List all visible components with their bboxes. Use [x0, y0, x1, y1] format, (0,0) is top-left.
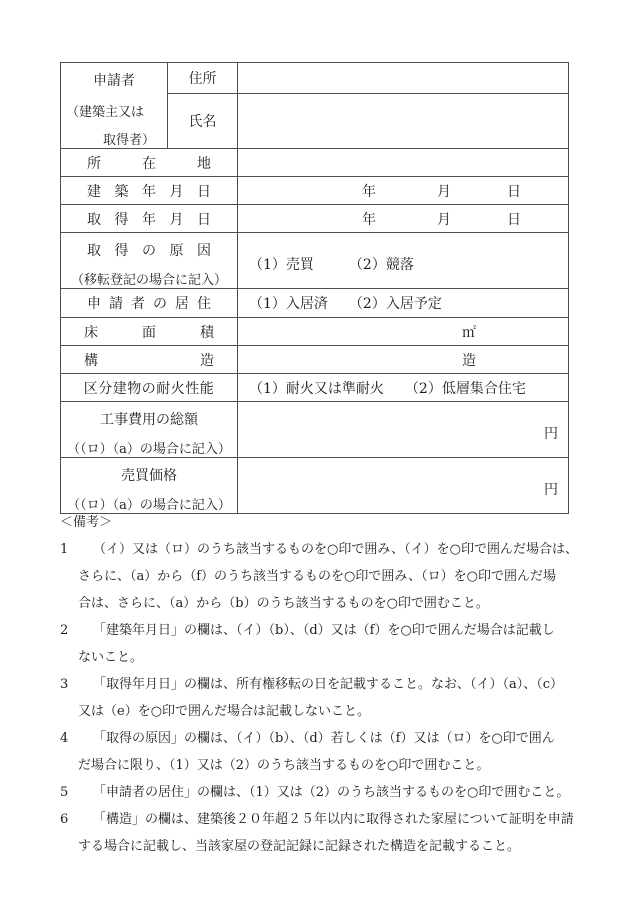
fireproof-value-cell: （1）耐火又は準耐火 （2）低層集合住宅	[238, 374, 569, 402]
day-unit: 日	[507, 181, 521, 201]
remark-number: 1	[60, 536, 68, 563]
address-label: 住所	[168, 63, 238, 94]
applicant-subtitle-line2: 取得者）	[61, 129, 167, 148]
remark-item-4: 4 「取得の原因」の欄は、（イ）（b）、（d）若しくは（f）又は（ロ）を○印で囲…	[60, 725, 588, 779]
acquire-date-ymd: 年 月 日	[238, 209, 568, 229]
row-sale-price: 売買価格 （（ロ）（a）の場合に記入） 円	[61, 458, 569, 514]
remark-line: 「建築年月日」の欄は、（イ）（b）、（d）又は（f）を○印で囲んだ場合は記載し	[78, 617, 588, 644]
build-date-label: 建築年月日	[61, 181, 237, 201]
remark-line: さらに、（a）から（f）のうち該当するものを○印で囲み、（ロ）を○印で囲んだ場	[78, 563, 588, 590]
structure-value-cell: 造	[238, 346, 569, 374]
remark-item-1: 1 （イ）又は（ロ）のうち該当するものを○印で囲み、（イ）を○印で囲んだ場合は、…	[60, 536, 588, 617]
location-label: 所在地	[61, 153, 237, 173]
remark-line: 合は、さらに、（a）から（b）のうち該当するものを○印で囲むこと。	[78, 590, 588, 617]
name-value-cell	[238, 94, 569, 149]
acquire-date-value-cell: 年 月 日	[238, 205, 569, 233]
acquire-cause-value-cell: （1）売買 （2）競落	[238, 233, 569, 289]
floor-area-label: 床面積	[61, 322, 237, 342]
remark-item-6: 6 「構造」の欄は、建築後２０年超２５年以内に取得された家屋について証明を申請 …	[60, 806, 588, 860]
row-applicant-address: 申請者 （建築主又は 取得者） 住所	[61, 63, 569, 94]
sale-price-unit: 円	[238, 479, 568, 499]
remark-line: （イ）又は（ロ）のうち該当するものを○印で囲み、（イ）を○印で囲んだ場合は、	[78, 536, 588, 563]
remark-body: （イ）又は（ロ）のうち該当するものを○印で囲み、（イ）を○印で囲んだ場合は、 さ…	[78, 536, 588, 617]
row-location: 所在地	[61, 149, 569, 177]
construction-cost-note: （（ロ）（a）の場合に記入）	[61, 438, 237, 457]
application-form-table: 申請者 （建築主又は 取得者） 住所 氏名 所在地 建築年月日 年	[60, 62, 569, 514]
sale-price-label-cell: 売買価格 （（ロ）（a）の場合に記入）	[61, 458, 238, 514]
acquire-date-label-cell: 取得年月日	[61, 205, 238, 233]
acquire-date-label: 取得年月日	[61, 209, 237, 229]
row-residence: 申請者の居住 （1）入居済 （2）入居予定	[61, 289, 569, 318]
remark-number: 2	[60, 617, 68, 644]
sale-price-value-cell: 円	[238, 458, 569, 514]
applicant-label-cell: 申請者 （建築主又は 取得者）	[61, 63, 168, 149]
construction-cost-label-cell: 工事費用の総額 （（ロ）（a）の場合に記入）	[61, 402, 238, 458]
remarks-section: ＜備考＞ 1 （イ）又は（ロ）のうち該当するものを○印で囲み、（イ）を○印で囲ん…	[60, 509, 588, 860]
remark-body: 「建築年月日」の欄は、（イ）（b）、（d）又は（f）を○印で囲んだ場合は記載し …	[78, 617, 588, 671]
day-unit: 日	[507, 209, 521, 229]
floor-area-unit: ㎡	[238, 322, 568, 342]
acquire-cause-label-cell: 取得の原因 （移転登記の場合に記入）	[61, 233, 238, 289]
remark-line: 又は（e）を○印で囲んだ場合は記載しないこと。	[78, 698, 588, 725]
construction-cost-label: 工事費用の総額	[61, 409, 237, 429]
remark-body: 「取得の原因」の欄は、（イ）（b）、（d）若しくは（f）又は（ロ）を○印で囲ん …	[78, 725, 588, 779]
remark-item-2: 2 「建築年月日」の欄は、（イ）（b）、（d）又は（f）を○印で囲んだ場合は記載…	[60, 617, 588, 671]
remark-item-3: 3 「取得年月日」の欄は、所有権移転の日を記載すること。なお、（イ）（a）、（c…	[60, 671, 588, 725]
row-build-date: 建築年月日 年 月 日	[61, 177, 569, 205]
address-value-cell	[238, 63, 569, 94]
year-unit: 年	[362, 209, 376, 229]
sale-price-label: 売買価格	[61, 465, 237, 485]
remark-body: 「申請者の居住」の欄は、（1）又は（2）のうち該当するものを○印で囲むこと。	[78, 779, 588, 806]
remark-line: 「取得年月日」の欄は、所有権移転の日を記載すること。なお、（イ）（a）、（c）	[78, 671, 588, 698]
remark-number: 5	[60, 779, 68, 806]
row-fireproof: 区分建物の耐火性能 （1）耐火又は準耐火 （2）低層集合住宅	[61, 374, 569, 402]
name-label: 氏名	[168, 94, 238, 149]
acquire-cause-options: （1）売買 （2）競落	[238, 254, 568, 274]
remark-line: 「取得の原因」の欄は、（イ）（b）、（d）若しくは（f）又は（ロ）を○印で囲ん	[78, 725, 588, 752]
location-value-cell	[238, 149, 569, 177]
remark-line: ないこと。	[78, 644, 588, 671]
build-date-label-cell: 建築年月日	[61, 177, 238, 205]
remark-line: 「申請者の居住」の欄は、（1）又は（2）のうち該当するものを○印で囲むこと。	[78, 779, 588, 806]
row-structure: 構造 造	[61, 346, 569, 374]
structure-unit: 造	[238, 350, 568, 370]
row-acquire-date: 取得年月日 年 月 日	[61, 205, 569, 233]
applicant-title: 申請者	[61, 70, 167, 90]
row-floor-area: 床面積 ㎡	[61, 318, 569, 346]
fireproof-label-cell: 区分建物の耐火性能	[61, 374, 238, 402]
remark-number: 6	[60, 806, 68, 833]
remark-body: 「構造」の欄は、建築後２０年超２５年以内に取得された家屋について証明を申請 する…	[78, 806, 588, 860]
fireproof-options: （1）耐火又は準耐火 （2）低層集合住宅	[238, 378, 568, 398]
structure-label-cell: 構造	[61, 346, 238, 374]
remark-line: 「構造」の欄は、建築後２０年超２５年以内に取得された家屋について証明を申請	[78, 806, 588, 833]
applicant-subtitle-line1: （建築主又は	[61, 101, 167, 120]
month-unit: 月	[437, 209, 451, 229]
month-unit: 月	[437, 181, 451, 201]
acquire-cause-note: （移転登記の場合に記入）	[61, 269, 237, 288]
floor-area-label-cell: 床面積	[61, 318, 238, 346]
location-label-cell: 所在地	[61, 149, 238, 177]
row-construction-cost: 工事費用の総額 （（ロ）（a）の場合に記入） 円	[61, 402, 569, 458]
remark-line: だ場合に限り、（1）又は（2）のうち該当するものを○印で囲むこと。	[78, 752, 588, 779]
build-date-value-cell: 年 月 日	[238, 177, 569, 205]
remark-body: 「取得年月日」の欄は、所有権移転の日を記載すること。なお、（イ）（a）、（c） …	[78, 671, 588, 725]
remark-line: する場合に記載し、当該家屋の登記記録に記録された構造を記載すること。	[78, 833, 588, 860]
build-date-ymd: 年 月 日	[238, 181, 568, 201]
acquire-cause-label: 取得の原因	[61, 240, 237, 260]
construction-cost-value-cell: 円	[238, 402, 569, 458]
residence-label: 申請者の居住	[61, 293, 237, 313]
remarks-title: ＜備考＞	[60, 509, 588, 536]
remark-item-5: 5 「申請者の居住」の欄は、（1）又は（2）のうち該当するものを○印で囲むこと。	[60, 779, 588, 806]
residence-label-cell: 申請者の居住	[61, 289, 238, 318]
remark-number: 3	[60, 671, 68, 698]
application-form-page: 申請者 （建築主又は 取得者） 住所 氏名 所在地 建築年月日 年	[0, 0, 630, 915]
year-unit: 年	[362, 181, 376, 201]
residence-value-cell: （1）入居済 （2）入居予定	[238, 289, 569, 318]
construction-cost-unit: 円	[238, 423, 568, 443]
floor-area-value-cell: ㎡	[238, 318, 569, 346]
row-acquire-cause: 取得の原因 （移転登記の場合に記入） （1）売買 （2）競落	[61, 233, 569, 289]
fireproof-label: 区分建物の耐火性能	[61, 378, 237, 398]
residence-options: （1）入居済 （2）入居予定	[238, 293, 568, 313]
structure-label: 構造	[61, 350, 237, 370]
remark-number: 4	[60, 725, 68, 752]
